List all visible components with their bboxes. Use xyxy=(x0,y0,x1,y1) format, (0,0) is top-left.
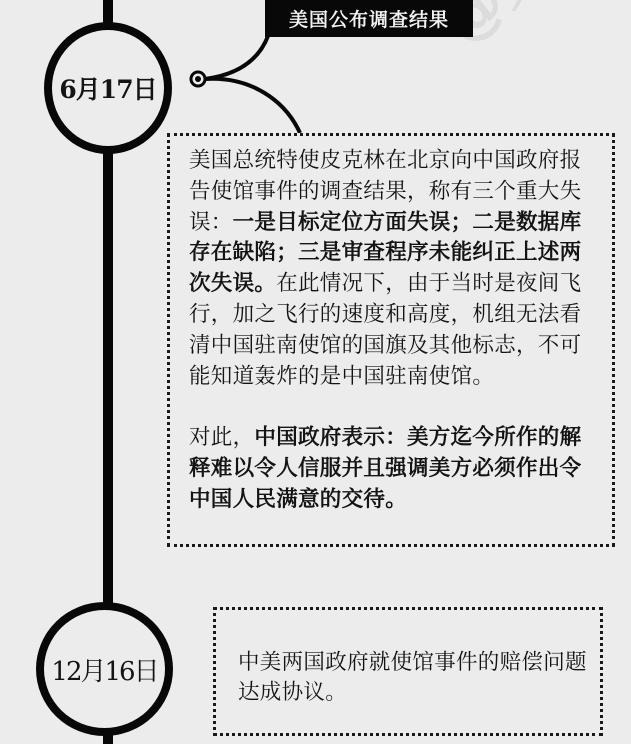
date-label: 6月17日 xyxy=(59,70,156,106)
paragraph: 美国总统特使皮克林在北京向中国政府报告使馆事件的调查结果，称有三个重大失误：一是… xyxy=(189,146,598,392)
date-circle-event-1: 6月17日 xyxy=(44,22,172,154)
event-2-description-box: 中美两国政府就使馆事件的赔偿问题达成协议。 xyxy=(213,607,603,736)
paragraph: 中美两国政府就使馆事件的赔偿问题达成协议。 xyxy=(238,648,590,708)
event-1-description-box: 美国总统特使皮克林在北京向中国政府报告使馆事件的调查结果，称有三个重大失误：一是… xyxy=(167,133,615,547)
date-label: 12月16日 xyxy=(51,651,157,688)
text-segment: 对此， xyxy=(189,425,254,450)
event-title-text: 美国公布调查结果 xyxy=(289,5,449,32)
target-dot-icon xyxy=(191,72,205,86)
date-circle-event-2: 12月16日 xyxy=(36,602,173,736)
paragraph: 对此，中国政府表示：美方迄今所作的解释难以令人信服并且强调美方必须作出令中国人民… xyxy=(189,423,598,515)
text-segment: 中美两国政府就使馆事件的赔偿问题达成协议。 xyxy=(238,650,587,705)
event-title-label: 美国公布调查结果 xyxy=(265,0,473,37)
